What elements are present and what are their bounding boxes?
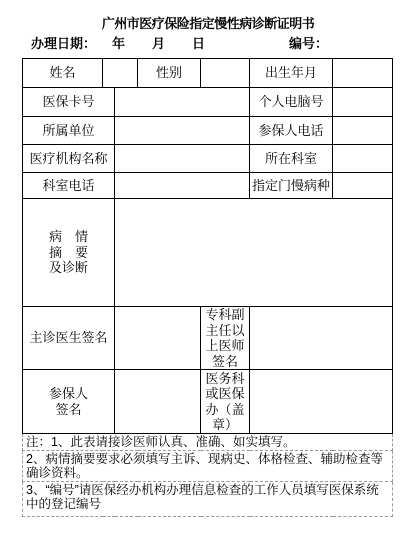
birth-field[interactable] <box>333 59 393 88</box>
table-row: 病 情 摘 要 及诊断 <box>23 199 393 307</box>
employer-field[interactable] <box>115 117 250 145</box>
designated-disease-label: 指定门慢病种 <box>250 173 333 199</box>
table-row: 2、病情摘要要求必须填写主诉、现病史、体格检查、辅助检查等确诊资料。 <box>23 451 393 482</box>
office-seal-field[interactable] <box>250 370 393 434</box>
office-seal-label: 医务科或医保办（盖章） <box>201 370 250 434</box>
birth-label: 出生年月 <box>250 59 333 88</box>
table-row: 科室电话 指定门慢病种 <box>23 173 393 199</box>
specialist-sign-label: 专科副主任以上医师签名 <box>201 307 250 370</box>
designated-disease-field[interactable] <box>333 173 393 199</box>
table-row: 注：1、此表请接诊医师认真、准确、如实填写。 <box>23 434 393 451</box>
table-row: 医保卡号 个人电脑号 <box>23 88 393 117</box>
gender-field[interactable] <box>201 59 250 88</box>
table-row: 参保人 签名 医务科或医保办（盖章） <box>23 370 393 434</box>
note-1: 注：1、此表请接诊医师认真、准确、如实填写。 <box>23 434 393 451</box>
table-row: 3、“编号”请医保经办机构办理信息检查的工作人员填写医保系统中的登记编号 <box>23 482 393 517</box>
insured-sign-field[interactable] <box>115 370 201 434</box>
note-3: 3、“编号”请医保经办机构办理信息检查的工作人员填写医保系统中的登记编号 <box>23 482 393 517</box>
table-row: 所属单位 参保人电话 <box>23 117 393 145</box>
certificate-table: 姓名 性别 出生年月 医保卡号 个人电脑号 所属单位 参保人电话 医疗机构名称 … <box>22 58 393 517</box>
month-label: 月 <box>152 33 165 52</box>
table-row: 姓名 性别 出生年月 <box>23 59 393 88</box>
day-label: 日 <box>192 33 205 52</box>
gender-label: 性别 <box>138 59 201 88</box>
department-field[interactable] <box>333 145 393 173</box>
name-label: 姓名 <box>23 59 103 88</box>
number-label: 编号： <box>289 33 328 52</box>
insured-phone-label: 参保人电话 <box>250 117 333 145</box>
insured-sign-label: 参保人 签名 <box>23 370 115 434</box>
chief-doctor-sign-field[interactable] <box>115 307 201 370</box>
specialist-sign-field[interactable] <box>250 307 393 370</box>
table-row: 主诊医生签名 专科副主任以上医师签名 <box>23 307 393 370</box>
employer-label: 所属单位 <box>23 117 115 145</box>
dept-phone-field[interactable] <box>115 173 250 199</box>
card-no-field[interactable] <box>115 88 250 117</box>
note-2: 2、病情摘要要求必须填写主诉、现病史、体格检查、辅助检查等确诊资料。 <box>23 451 393 482</box>
table-row: 医疗机构名称 所在科室 <box>23 145 393 173</box>
card-no-label: 医保卡号 <box>23 88 115 117</box>
dept-phone-label: 科室电话 <box>23 173 115 199</box>
department-label: 所在科室 <box>250 145 333 173</box>
page-title: 广州市医疗保险指定慢性病诊断证明书 <box>0 13 416 32</box>
year-label: 年 <box>112 33 125 52</box>
date-label: 办理日期： <box>31 33 96 52</box>
summary-field[interactable] <box>115 199 393 307</box>
chief-doctor-sign-label: 主诊医生签名 <box>23 307 115 370</box>
institution-label: 医疗机构名称 <box>23 145 115 173</box>
institution-field[interactable] <box>115 145 250 173</box>
summary-label: 病 情 摘 要 及诊断 <box>23 199 115 307</box>
personal-pc-no-label: 个人电脑号 <box>250 88 333 117</box>
personal-pc-no-field[interactable] <box>333 88 393 117</box>
name-field[interactable] <box>103 59 138 88</box>
insured-phone-field[interactable] <box>333 117 393 145</box>
